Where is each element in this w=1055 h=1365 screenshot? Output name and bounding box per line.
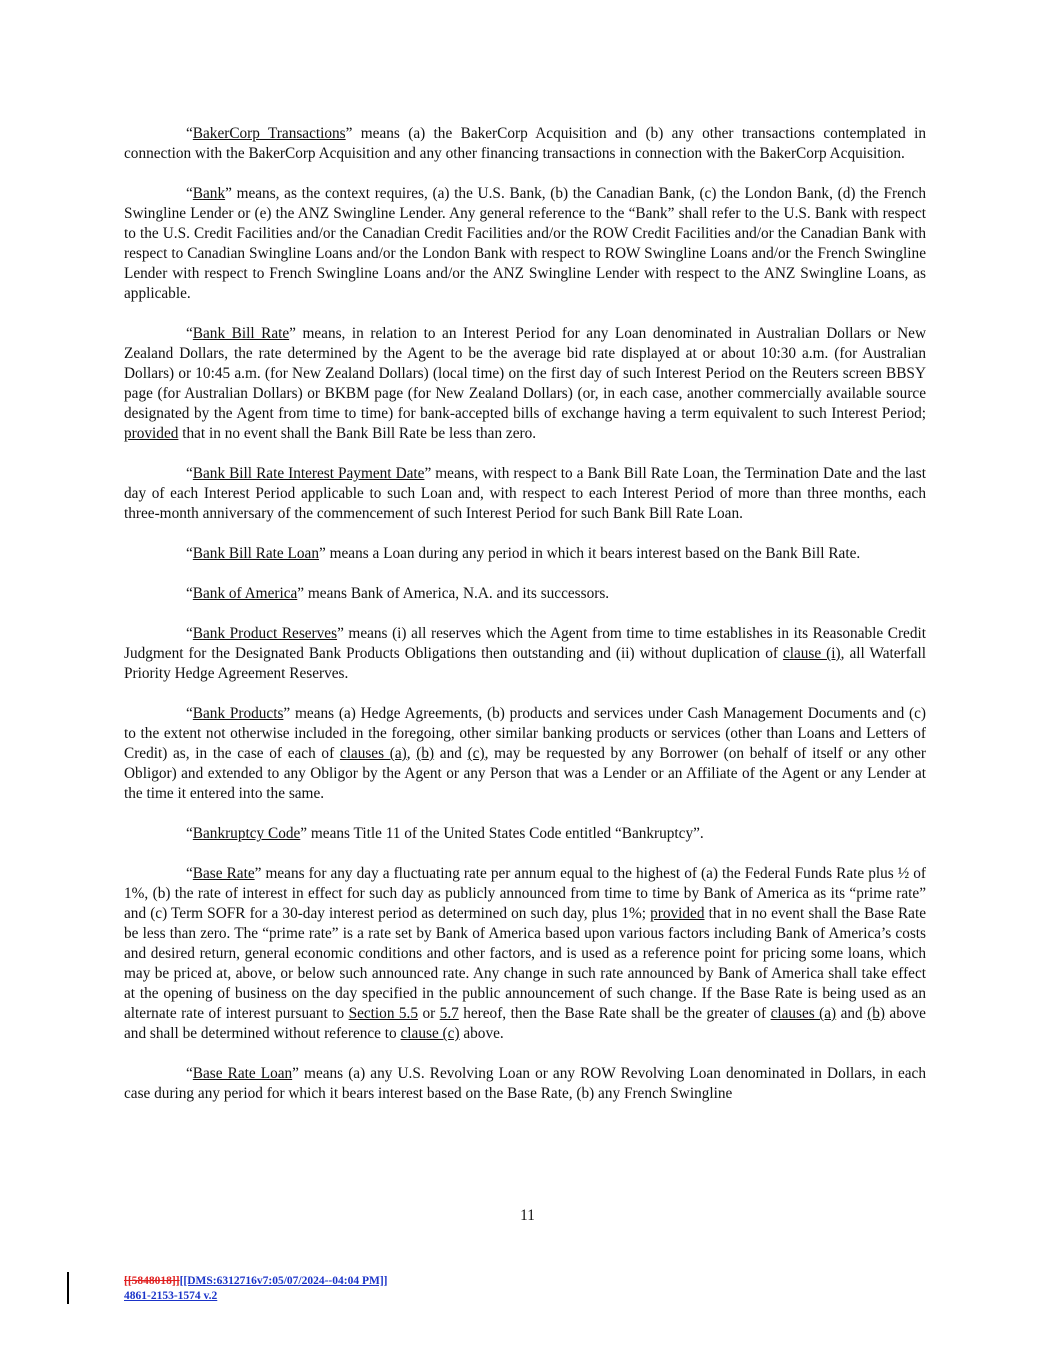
cross-reference: 5.7 [440,1005,459,1022]
footer-dms-id: [[DMS:6312716v7:05/07/2024--04:04 PM]] [180,1275,388,1287]
definition-paragraph: “BakerCorp Transactions” means (a) the B… [124,124,926,164]
definition-text: hereof, then the Base Rate shall be the … [459,1005,771,1022]
defined-term: Base Rate [193,865,255,882]
definition-paragraph: “Bank Bill Rate” means, in relation to a… [124,324,926,444]
document-body: “BakerCorp Transactions” means (a) the B… [124,124,926,1124]
defined-term: Bank [193,185,225,202]
cross-reference: (b) [867,1005,885,1022]
definition-paragraph: “Bank Products” means (a) Hedge Agreemen… [124,704,926,804]
definition-text: ” means Title 11 of the United States Co… [300,825,703,842]
definition-text: ” means, as the context requires, (a) th… [124,185,926,302]
defined-term: Bank Products [193,705,284,722]
cross-reference: (c) [468,745,485,762]
definition-paragraph: “Bank Bill Rate Loan” means a Loan durin… [124,544,926,564]
definition-paragraph: “Bankruptcy Code” means Title 11 of the … [124,824,926,844]
cross-reference: (b) [416,745,434,762]
cross-reference: clause (c) [401,1025,460,1042]
definition-text: ” means a Loan during any period in whic… [319,545,860,562]
definition-paragraph: “Base Rate Loan” means (a) any U.S. Revo… [124,1064,926,1104]
defined-term: Bank Bill Rate Interest Payment Date [193,465,425,482]
defined-term: Bankruptcy Code [193,825,300,842]
footer-doc-id: 4861-2153-1574 v.2 [124,1290,217,1302]
defined-term: Bank of America [193,585,298,602]
definition-text: , [407,745,417,762]
definition-paragraph: “Bank” means, as the context requires, (… [124,184,926,304]
definition-paragraph: “Bank Bill Rate Interest Payment Date” m… [124,464,926,524]
footer: [[5848018]][[DMS:6312716v7:05/07/2024--0… [124,1274,388,1304]
cross-reference: clauses (a) [771,1005,837,1022]
page-number: 11 [0,1207,1055,1225]
definition-paragraph: “Bank of America” means Bank of America,… [124,584,926,604]
defined-term: Base Rate Loan [193,1065,292,1082]
defined-term: Bank Bill Rate [193,325,289,342]
cross-reference: clause (i) [783,645,841,662]
definition-text: ” means Bank of America, N.A. and its su… [297,585,609,602]
definition-text: and [836,1005,867,1022]
cross-reference: clauses (a) [340,745,407,762]
cross-reference: provided [650,905,704,922]
definition-paragraph: “Base Rate” means for any day a fluctuat… [124,864,926,1044]
definition-text: or [418,1005,440,1022]
defined-term: BakerCorp Transactions [193,125,346,142]
cross-reference: provided [124,425,178,442]
change-bar [67,1272,69,1304]
footer-deleted-id: [[5848018]] [124,1275,180,1287]
definition-paragraph: “Bank Product Reserves” means (i) all re… [124,624,926,684]
definition-text: that in no event shall the Bank Bill Rat… [178,425,536,442]
defined-term: Bank Product Reserves [193,625,337,642]
defined-term: Bank Bill Rate Loan [193,545,319,562]
definition-text: above. [460,1025,504,1042]
cross-reference: Section 5.5 [349,1005,418,1022]
definition-text: and [434,745,467,762]
